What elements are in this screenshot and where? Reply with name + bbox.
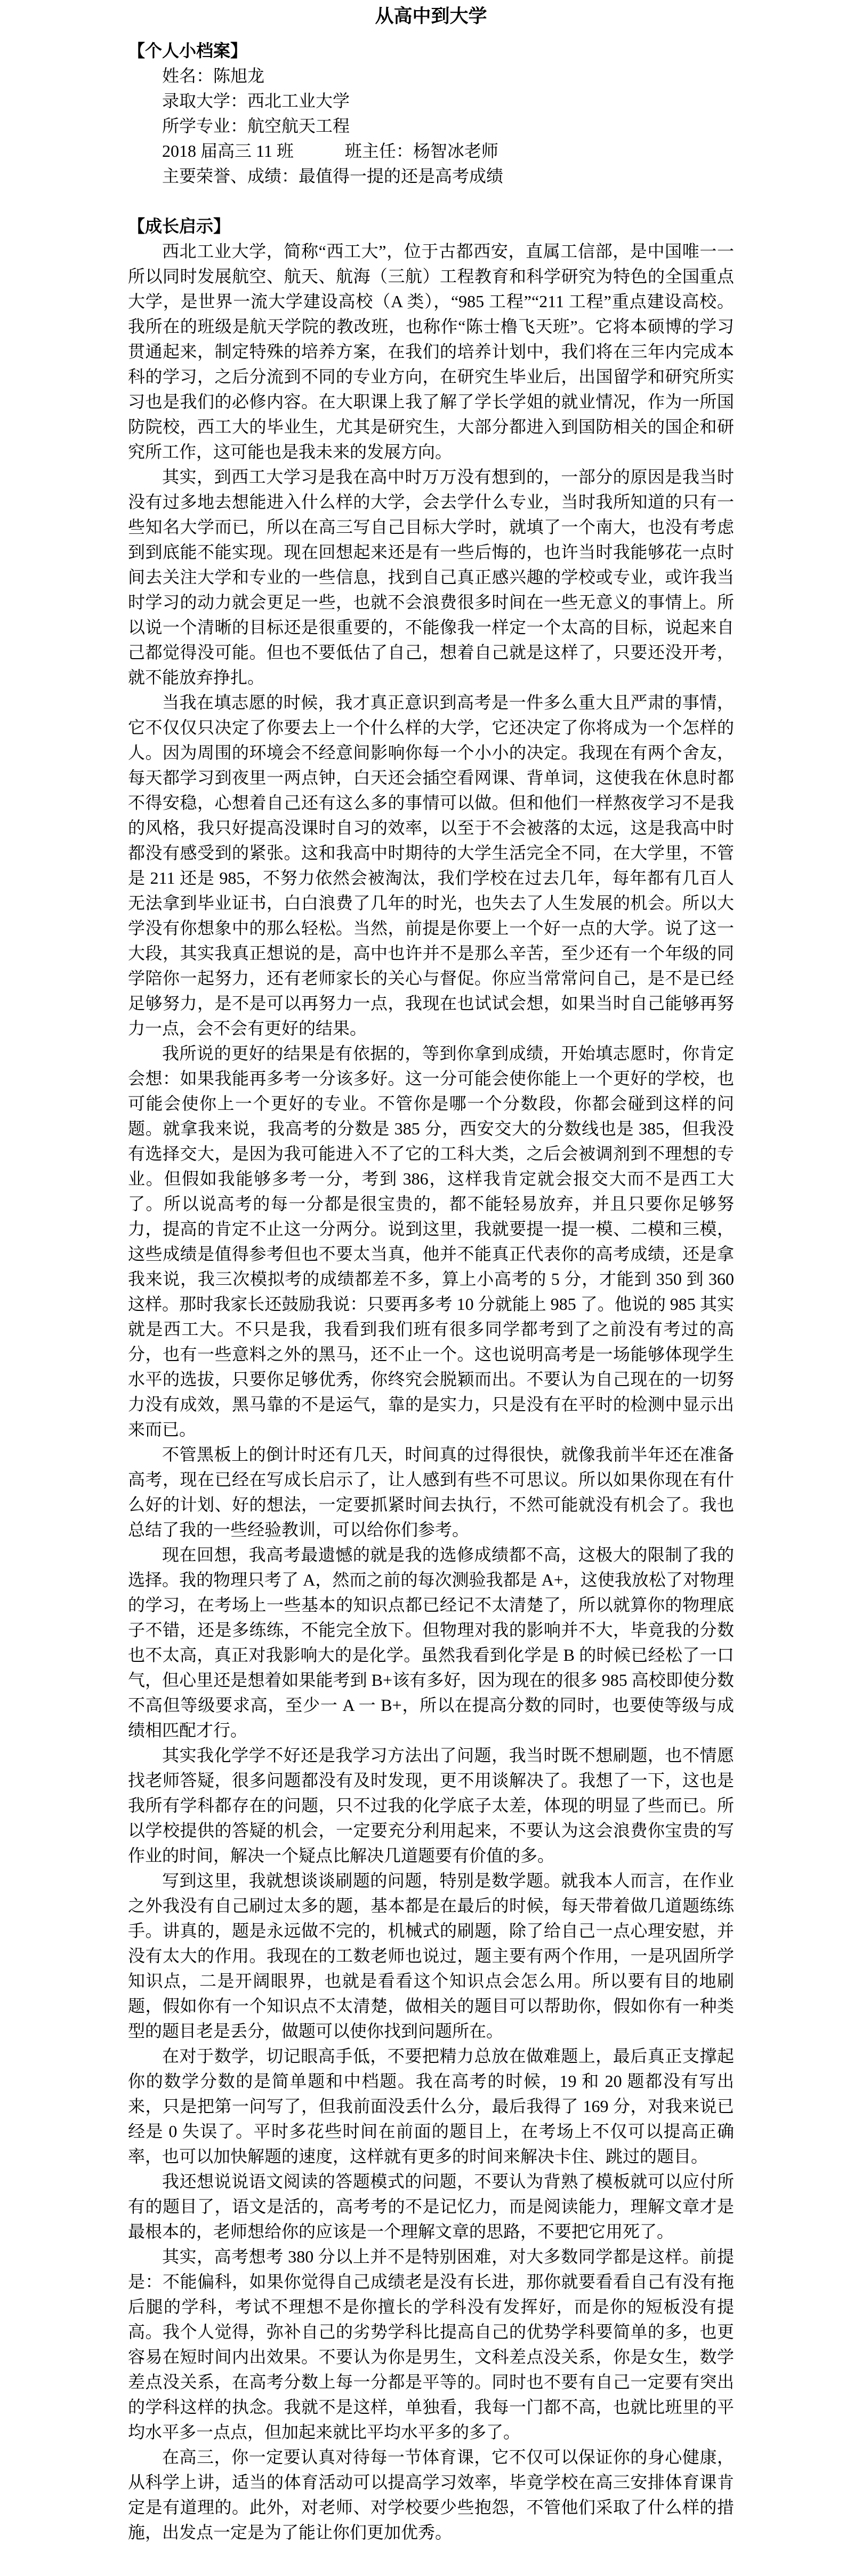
body-paragraph: 我所说的更好的结果是有依据的，等到你拿到成绩，开始填志愿时，你肯定会想：如果我能…: [128, 1041, 734, 1442]
growth-paragraphs: 西北工业大学，简称“西工大”，位于古都西安，直属工信部，是中国唯一一所以同时发展…: [128, 239, 734, 2545]
body-paragraph: 我还想说说语文阅读的答题模式的问题，不要认为背熟了模板就可以应付所有的题目了，语…: [128, 2169, 734, 2244]
body-paragraph: 在对于数学，切记眼高手低，不要把精力总放在做难题上，最后真正支撑起你的数学分数的…: [128, 2044, 734, 2169]
profile-field: 姓名：陈旭龙: [162, 63, 734, 89]
growth-section-header: 【成长启示】: [128, 214, 734, 239]
body-paragraph: 写到这里，我就想谈谈刷题的问题，特别是数学题。就我本人而言，在作业之外我没有自己…: [128, 1868, 734, 2044]
profile-field: 主要荣誉、成绩：最值得一提的还是高考成绩: [162, 164, 734, 189]
body-paragraph: 不管黑板上的倒计时还有几天，时间真的过得很快，就像我前半年还在准备高考，现在已经…: [128, 1442, 734, 1542]
body-paragraph: 其实，到西工大学习是我在高中时万万没有想到的，一部分的原因是我当时没有过多地去想…: [128, 465, 734, 690]
profile-field: 录取大学：西北工业大学: [162, 89, 734, 114]
document-title: 从高中到大学: [128, 4, 734, 29]
body-paragraph: 在高三，你一定要认真对待每一节体育课，它不仅可以保证你的身心健康，从科学上讲，适…: [128, 2445, 734, 2545]
body-paragraph: 现在回想，我高考最遗憾的就是我的选修成绩都不高，这极大的限制了我的选择。我的物理…: [128, 1542, 734, 1743]
document-page: 从高中到大学 【个人小档案】 姓名：陈旭龙录取大学：西北工业大学所学专业：航空航…: [0, 0, 846, 2576]
profile-field-list: 姓名：陈旭龙录取大学：西北工业大学所学专业：航空航天工程2018 届高三 11 …: [128, 63, 734, 189]
body-paragraph: 西北工业大学，简称“西工大”，位于古都西安，直属工信部，是中国唯一一所以同时发展…: [128, 239, 734, 465]
body-paragraph: 其实我化学学不好还是我学习方法出了问题，我当时既不想刷题，也不情愿找老师答疑，很…: [128, 1743, 734, 1868]
body-paragraph: 其实，高考想考 380 分以上并不是特别困难，对大多数同学都是这样。前提是：不能…: [128, 2244, 734, 2445]
profile-field: 2018 届高三 11 班 班主任：杨智冰老师: [162, 139, 734, 164]
profile-field: 所学专业：航空航天工程: [162, 114, 734, 139]
profile-section-header: 【个人小档案】: [128, 38, 734, 63]
body-paragraph: 当我在填志愿的时候，我才真正意识到高考是一件多么重大且严肃的事情，它不仅仅只决定…: [128, 690, 734, 1041]
